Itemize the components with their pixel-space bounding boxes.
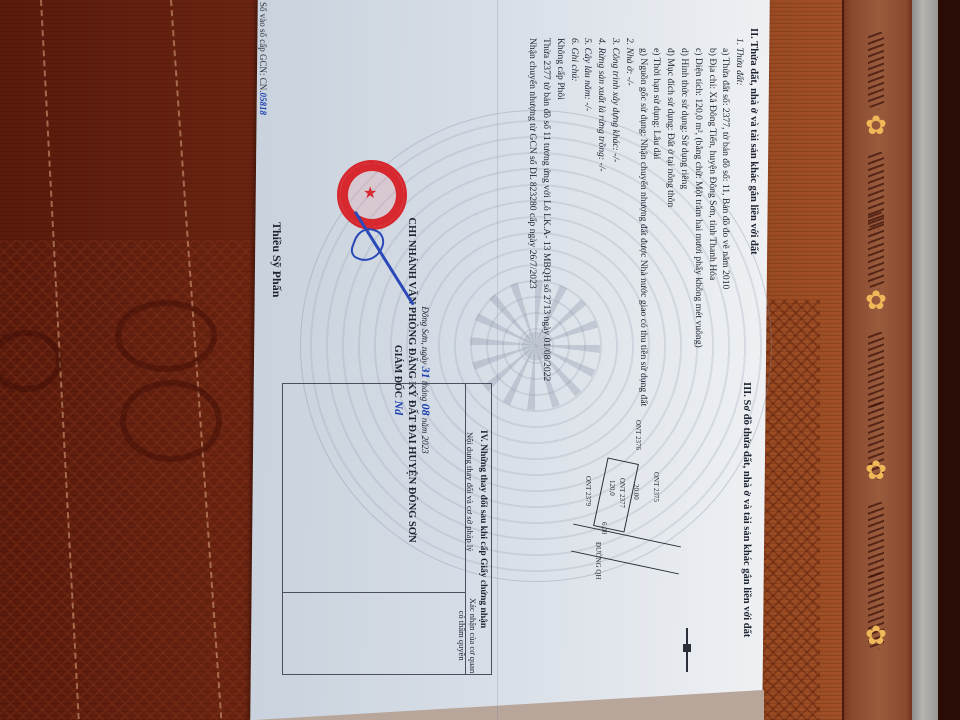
flower-icon: ✿ — [862, 112, 890, 140]
flower-icon: ✿ — [862, 622, 890, 650]
north-neighbor-label: ONT 2375 — [652, 472, 660, 502]
note-line: Thửa 2377 tờ bản đồ số 11 tương ứng với … — [539, 28, 553, 668]
col-change-content: Nội dung thay đổi và cơ sở pháp lý — [465, 432, 475, 551]
west-neighbor-label: ONT 2376 — [634, 420, 642, 450]
fern-motif — [868, 30, 884, 110]
parcel-sketch-map: ONT 2377 120,0 ONT 2375 ONT 2376 ONT 237… — [580, 450, 700, 580]
road-label: ĐƯỜNG QH — [594, 542, 602, 580]
flower-icon: ✿ — [862, 457, 890, 485]
mat-swirl — [115, 300, 217, 372]
dimension-label: 6.00 — [600, 522, 608, 534]
fern-motif — [868, 330, 884, 410]
road-edge — [571, 551, 679, 575]
parcel-address: b) Địa chỉ: Xã Đông Tiến, huyện Đông Sơn… — [705, 28, 719, 668]
col-authority-confirmation: Xác nhận của cơ quan có thẩm quyền — [456, 598, 478, 673]
red-seal-stamp: ★ — [337, 160, 407, 230]
section4-title: IV. Những thay đổi sau khi cấp Giấy chứn… — [478, 430, 488, 628]
wood-mat-pattern — [0, 240, 250, 720]
note-line: Nhận chuyển nhượng từ GCN số DL 823280 c… — [525, 28, 539, 668]
floor-shadow — [938, 0, 960, 720]
parcel-label: ONT 2377 — [618, 478, 626, 508]
parcel-number: a) Thửa đất số: 2377, tờ bản đồ số: 11, … — [719, 28, 733, 668]
handwritten-day: 31 — [419, 367, 433, 379]
floor-edge — [912, 0, 938, 720]
page-fold — [497, 0, 498, 720]
fern-motif — [868, 210, 884, 290]
signer-name: Thiều Sỹ Phấn — [269, 222, 284, 297]
star-icon: ★ — [363, 183, 377, 202]
note-line: Không cấp Phôi — [553, 28, 567, 668]
flower-icon: ✿ — [862, 287, 890, 315]
dimension-label: 20.00 — [632, 484, 640, 500]
south-neighbor-label: ONT 2379 — [584, 476, 592, 506]
parcel-area-label: 120,0 — [608, 480, 616, 496]
fern-motif — [868, 500, 884, 580]
north-arrow-icon — [686, 628, 688, 672]
notes-heading: 6. Ghi chú: — [567, 28, 581, 668]
mat-swirl — [120, 380, 222, 462]
registry-number: Số vào sổ cấp GCN: CN.05818 — [258, 2, 268, 115]
section3-title: III. Sơ đồ thửa đất, nhà ở và tài sản kh… — [741, 382, 752, 637]
registry-value: 05818 — [258, 93, 268, 116]
road-edge — [573, 524, 681, 548]
